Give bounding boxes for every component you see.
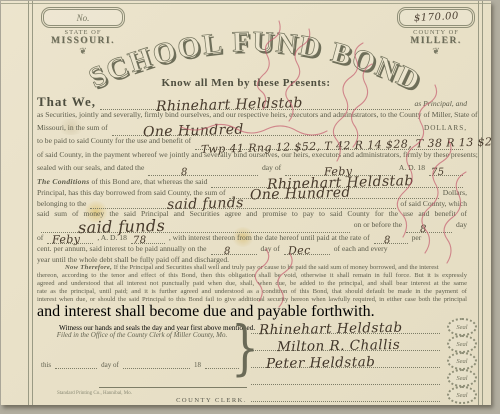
day-of-label2: day of	[261, 244, 280, 253]
signature-handwriting: Peter Heldstab	[266, 354, 376, 372]
seal-badge: Seal	[447, 369, 477, 387]
conditions-line1-rest: of this Bond are, that whereas the said	[91, 177, 207, 186]
right-border-rule	[478, 1, 483, 405]
interest-month-blank: Dec	[284, 246, 330, 255]
therefore-line: thereon, according to the tenor and effe…	[37, 272, 467, 280]
sum-line-pre: Missouri, in the sum of	[37, 123, 108, 132]
due-day-handwriting: 8	[420, 224, 427, 235]
benefit-blank: Twp 41 Rng 12 $52, T 42 R 14 $28, T 38 R…	[195, 141, 463, 150]
due-year-blank: 78	[131, 235, 165, 244]
filed-date-line: this day of 18	[41, 361, 243, 369]
principal-name-blank: Rhinehart Heldstab	[100, 101, 410, 110]
therefore-line: agreed and understood that all interest …	[37, 280, 467, 288]
conditions-lead: The Conditions	[37, 177, 90, 186]
belonging-pre: belonging to the	[37, 199, 86, 208]
therefore-line: rate as the principal, until paid; and i…	[37, 288, 467, 296]
filed-month-blank	[123, 361, 190, 369]
sum-line: Missouri, in the sum of One Hundred DOLL…	[37, 123, 467, 136]
belonging-post: of said County, which	[400, 199, 467, 208]
dated-year-blank: 75	[429, 167, 463, 176]
conditions-paragraph: The Conditions of this Bond are, that wh…	[37, 177, 467, 266]
bond-document: No. STATE OF MISSOURI. ❦ $170.00 COUNTY …	[1, 1, 491, 405]
interest-annual-line: cent. per annum, said interest to be pai…	[37, 244, 467, 255]
benefit-line: to be paid to said County for the use an…	[37, 136, 467, 149]
obligation-paragraph: as Securities, jointly and severally, fi…	[37, 110, 467, 176]
dollars-small-label: Dollars,	[443, 188, 467, 197]
due-month-blank: Feby	[47, 235, 93, 244]
signature-block: Rhinehart Heldstab Seal Milton R. Challi…	[251, 317, 477, 402]
interest-day-blank: 8	[211, 246, 257, 255]
day-label: day	[456, 220, 467, 229]
opening-section: That We, Rhinehart Heldstab as Principal…	[37, 94, 467, 110]
interest-month-handwriting: Dec	[288, 243, 311, 257]
due-year-handwriting: 78	[132, 235, 146, 246]
fund-repeat-line: said funds on or before the 8 day	[37, 220, 467, 233]
signature-line	[251, 391, 440, 402]
signature-handwriting: Rhinehart Heldstab	[258, 320, 402, 339]
filed-year-prefix: 18	[194, 361, 201, 369]
signature-row: Rhinehart Heldstab Seal	[251, 317, 477, 334]
dated-line-pre: sealed with our seals, and dated the	[37, 163, 144, 172]
rate-handwriting: 8	[384, 235, 391, 246]
therefore-line1-rest: If the Principal and Securities shall we…	[114, 264, 439, 271]
printer-imprint: Standard Printing Co., Hannibal, Mo.	[57, 391, 132, 396]
seal-badge: Seal	[447, 386, 477, 404]
signature-line: Milton R. Challis	[251, 340, 440, 351]
signature-line	[251, 374, 440, 385]
filed-caption: Filed in the Office of the County Clerk …	[41, 331, 243, 339]
due-day-blank: 8	[406, 224, 452, 233]
paragraph-line: as Securities, jointly and severally, fi…	[37, 110, 467, 123]
borrowed-sum-blank: One Hundred	[229, 190, 438, 199]
fund-repeat-blank: said funds	[41, 224, 350, 233]
this-label: this	[41, 361, 51, 369]
borrowed-sum-line: Principal, has this day borrowed from sa…	[37, 188, 467, 199]
seal-badge: Seal	[447, 352, 477, 370]
filed-brace: }	[231, 314, 259, 383]
signature-line: Peter Heldstab	[251, 357, 440, 368]
filed-day-of-label: day of	[101, 361, 119, 369]
day-of-label: day of	[262, 163, 281, 172]
as-principal-label: as Principal, and	[414, 99, 467, 108]
signature-row: Seal	[251, 385, 477, 402]
sum-handwriting: One Hundred	[142, 122, 243, 141]
on-or-before-label: on or before the	[354, 220, 402, 229]
signature-line: Rhinehart Heldstab	[251, 323, 440, 334]
interest-day-handwriting: 8	[224, 246, 231, 257]
dollars-label: DOLLARS,	[424, 124, 467, 132]
therefore-lead: Now Therefore,	[37, 264, 112, 271]
conditions-line1: The Conditions of this Bond are, that wh…	[37, 177, 467, 188]
each-every-label: of each and every	[334, 244, 388, 253]
due-month-handwriting: Feby	[52, 233, 81, 247]
of-label: of	[37, 233, 43, 242]
therefore-line1: Now Therefore, If the Principal and Secu…	[37, 264, 467, 272]
seal-badge: Seal	[447, 318, 477, 336]
fund-name-handwriting: said funds	[167, 195, 244, 213]
seal-badge: Seal	[447, 335, 477, 353]
therefore-line: interest when due, or should the said Pr…	[37, 296, 467, 304]
dated-day-blank: 8	[148, 167, 258, 176]
ad-18-label: A. D. 18	[399, 163, 425, 172]
sum-blank: One Hundred	[112, 127, 420, 136]
signature-handwriting: Milton R. Challis	[277, 337, 400, 355]
interest-clause: , with interest thereon from the date he…	[169, 233, 370, 242]
clerk-signature-line: COUNTY CLERK.	[99, 387, 247, 405]
belonging-line: belonging to the said funds of said Coun…	[37, 199, 467, 210]
subtitle: Know all Men by these Presents:	[111, 77, 381, 89]
filed-day-blank	[55, 361, 97, 369]
left-border-rule	[28, 1, 33, 405]
rate-blank: 8	[374, 235, 408, 244]
fund-name-blank: said funds	[90, 200, 396, 209]
county-clerk-label: COUNTY CLERK.	[176, 397, 247, 404]
that-we-label: That We,	[37, 94, 96, 110]
